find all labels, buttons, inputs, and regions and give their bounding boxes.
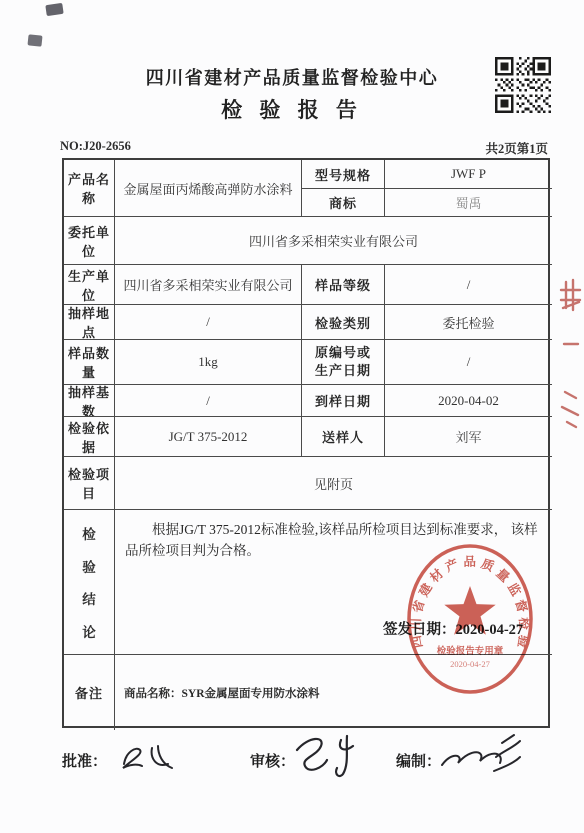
sample-sender-value: 刘军	[385, 417, 552, 457]
model-spec-label: 型号规格	[302, 160, 385, 189]
scan-artifact-mark	[45, 3, 63, 16]
qr-code-icon	[495, 57, 551, 113]
manufacturer-label: 生产单位	[64, 265, 115, 305]
report-table: 产品名称 金属屋面丙烯酸高弹防水涂料 型号规格 JWF P 商标 蜀禹 委托单位…	[62, 158, 550, 728]
product-name-label: 产品名称	[64, 160, 115, 217]
original-no-value: /	[385, 340, 552, 385]
reviewed-label: 审核：	[250, 750, 295, 771]
prepared-label: 编制：	[396, 750, 441, 771]
preparer-signature	[436, 729, 524, 777]
conclusion-text: 根据JG/T 375-2012标准检验,该样品所检项目达到标准要求， 该样品所检…	[125, 520, 540, 562]
page-count: 共2页第1页	[485, 139, 548, 157]
sample-sender-label: 送样人	[302, 417, 385, 457]
remarks-cell: 商品名称：SYR金属屋面专用防水涂料	[115, 655, 552, 730]
original-no-label: 原编号或生产日期	[302, 340, 385, 385]
issue-date: 签发日期：2020-04-27	[383, 618, 523, 639]
sampling-place-label: 抽样地点	[64, 305, 115, 340]
inspection-category-label: 检验类别	[302, 305, 385, 340]
conclusion-cell: 根据JG/T 375-2012标准检验,该样品所检项目达到标准要求， 该样品所检…	[115, 510, 552, 655]
inspection-report-page: 四川省建材产品质量监督检验中心 检 验 报 告 NO:J20-2656 共2页第…	[0, 0, 584, 833]
manufacturer-value: 四川省多采相荣实业有限公司	[115, 265, 302, 305]
sample-grade-label: 样品等级	[302, 265, 385, 305]
sample-quantity-value: 1kg	[115, 340, 302, 385]
client-label: 委托单位	[64, 217, 115, 265]
arrival-date-value: 2020-04-02	[385, 385, 552, 417]
inspection-basis-value: JG/T 375-2012	[115, 417, 302, 457]
approved-label: 批准：	[62, 750, 107, 771]
scan-artifact-mark	[27, 34, 42, 46]
sampling-base-label: 抽样基数	[64, 385, 115, 417]
edge-stamp-fragment	[556, 276, 584, 440]
sample-quantity-label: 样品数量	[64, 340, 115, 385]
product-name-value: 金属屋面丙烯酸高弹防水涂料	[115, 160, 302, 217]
inspection-items-value: 见附页	[115, 457, 552, 510]
trademark-label: 商标	[302, 189, 385, 217]
inspection-basis-label: 检验依据	[64, 417, 115, 457]
inspection-items-label: 检验项目	[64, 457, 115, 510]
trademark-value: 蜀禹	[385, 189, 552, 217]
approver-signature	[116, 740, 178, 776]
remarks-label: 备注	[64, 655, 115, 730]
arrival-date-label: 到样日期	[302, 385, 385, 417]
model-spec-value: JWF P	[385, 160, 552, 189]
client-value: 四川省多采相荣实业有限公司	[115, 217, 552, 265]
conclusion-label: 检 验 结 论	[64, 510, 115, 655]
report-number: NO:J20-2656	[60, 139, 131, 154]
inspection-category-value: 委托检验	[385, 305, 552, 340]
remarks-text: 商品名称：SYR金属屋面专用防水涂料	[124, 685, 320, 701]
sample-grade-value: /	[385, 265, 552, 305]
sampling-place-value: /	[115, 305, 302, 340]
sampling-base-value: /	[115, 385, 302, 417]
reviewer-signature	[291, 732, 373, 778]
